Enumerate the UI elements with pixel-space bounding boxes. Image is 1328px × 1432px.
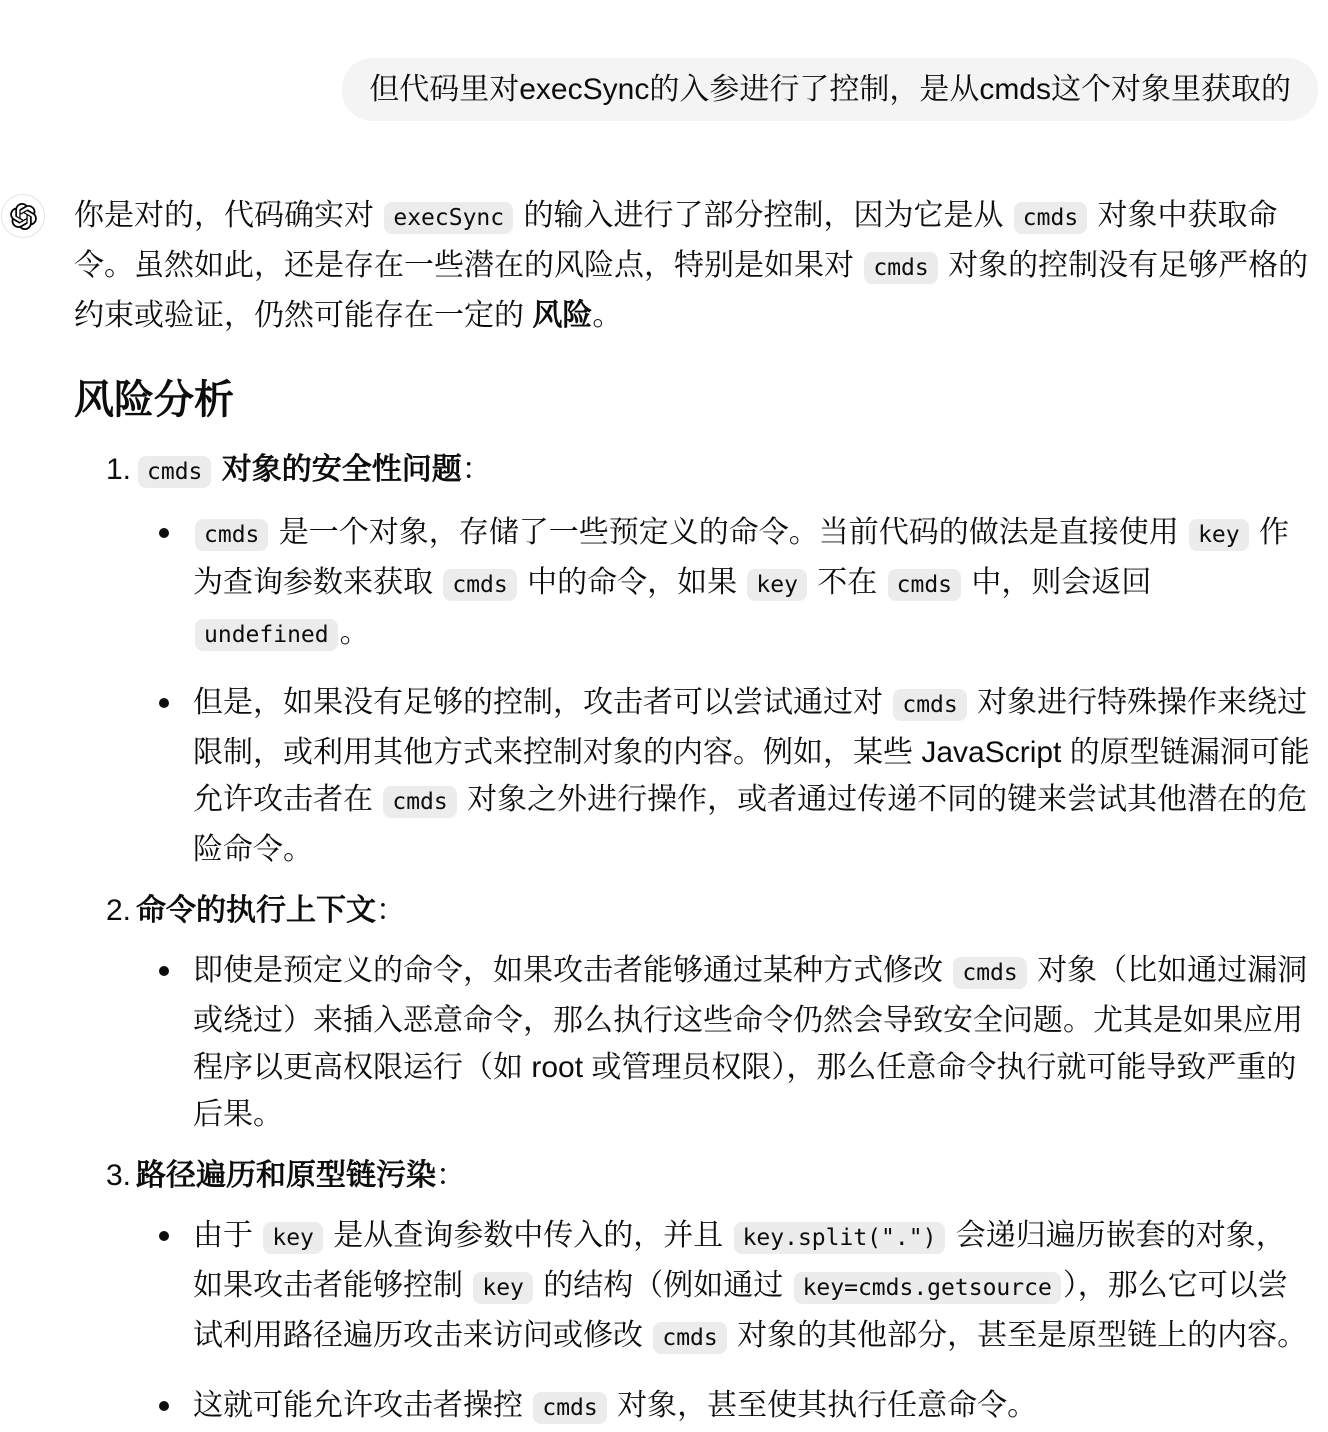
inline-code: cmds bbox=[195, 519, 268, 551]
inline-code: cmds bbox=[1014, 202, 1087, 234]
inline-code: cmds bbox=[533, 1392, 606, 1424]
inline-code: undefined bbox=[195, 619, 338, 651]
risk-bullet-list: 即使是预定义的命令，如果攻击者能够通过某种方式修改 cmds 对象（比如通过漏洞… bbox=[136, 947, 1315, 1138]
inline-code: cmds bbox=[653, 1322, 726, 1354]
text-run: 中的命令，如果 bbox=[519, 566, 746, 599]
text-run: 对象的其他部分，甚至是原型链上的内容。 bbox=[729, 1319, 1307, 1352]
inline-code: key bbox=[1189, 519, 1249, 551]
risk-bullet: 即使是预定义的命令，如果攻击者能够通过某种方式修改 cmds 对象（比如通过漏洞… bbox=[193, 947, 1315, 1138]
inline-code: key=cmds.getsource bbox=[794, 1272, 1061, 1304]
text-run: 。 bbox=[340, 616, 370, 649]
bold-text: 命令的执行上下文 bbox=[136, 894, 376, 927]
text-run: 的结构（例如通过 bbox=[535, 1269, 792, 1302]
text-run: ： bbox=[436, 1159, 466, 1192]
text-run: 但是，如果没有足够的控制，攻击者可以尝试通过对 bbox=[193, 686, 891, 719]
text-run: 这就可能允许攻击者操控 bbox=[193, 1389, 531, 1422]
text-run: 。 bbox=[592, 299, 622, 332]
text-run: 由于 bbox=[193, 1219, 261, 1252]
text-run: 不在 bbox=[809, 566, 886, 599]
text-run: 对象，甚至使其执行任意命令。 bbox=[609, 1389, 1037, 1422]
text-run: 是一个对象，存储了一些预定义的命令。当前代码的做法是直接使用 bbox=[270, 516, 1187, 549]
risk-item-title: 命令的执行上下文： bbox=[136, 887, 1315, 934]
risk-bullet: cmds 是一个对象，存储了一些预定义的命令。当前代码的做法是直接使用 key … bbox=[193, 509, 1315, 659]
list-item-number: 2. bbox=[106, 887, 136, 934]
list-item-number: 1. bbox=[106, 446, 136, 493]
risk-list: 1. cmds 对象的安全性问题： cmds 是一个对象，存储了一些预定义的命令… bbox=[74, 446, 1315, 1432]
assistant-message-row: 你是对的，代码确实对 execSync 的输入进行了部分控制，因为它是从 cmd… bbox=[0, 192, 1328, 1432]
user-message-row: 但代码里对execSync的入参进行了控制，是从cmds这个对象里获取的 bbox=[0, 58, 1328, 121]
risk-bullet: 这就可能允许攻击者操控 cmds 对象，甚至使其执行任意命令。 bbox=[193, 1382, 1315, 1432]
inline-code: cmds bbox=[138, 456, 211, 488]
risk-item-title: cmds 对象的安全性问题： bbox=[136, 446, 1315, 496]
bold-text: 路径遍历和原型链污染 bbox=[136, 1159, 436, 1192]
risk-bullet: 但是，如果没有足够的控制，攻击者可以尝试通过对 cmds 对象进行特殊操作来绕过… bbox=[193, 679, 1315, 873]
risk-list-item-3: 3. 路径遍历和原型链污染： 由于 key 是从查询参数中传入的，并且 key.… bbox=[136, 1152, 1315, 1432]
text-run: 即使是预定义的命令，如果攻击者能够通过某种方式修改 bbox=[193, 954, 951, 987]
bold-text: 风险 bbox=[532, 299, 592, 332]
list-item-number: 3. bbox=[106, 1152, 136, 1199]
risk-bullet: 由于 key 是从查询参数中传入的，并且 key.split(".") 会递归遍… bbox=[193, 1212, 1315, 1362]
text-run: ： bbox=[376, 894, 406, 927]
risk-item-title: 路径遍历和原型链污染： bbox=[136, 1152, 1315, 1199]
user-message-bubble: 但代码里对execSync的入参进行了控制，是从cmds这个对象里获取的 bbox=[342, 58, 1318, 121]
inline-code: cmds bbox=[443, 569, 516, 601]
inline-code: execSync bbox=[384, 202, 513, 234]
assistant-intro-paragraph: 你是对的，代码确实对 execSync 的输入进行了部分控制，因为它是从 cmd… bbox=[74, 192, 1315, 339]
risk-bullet-list: 由于 key 是从查询参数中传入的，并且 key.split(".") 会递归遍… bbox=[136, 1212, 1315, 1432]
inline-code: key bbox=[263, 1222, 323, 1254]
text-run: 你是对的，代码确实对 bbox=[74, 199, 382, 232]
risk-list-item-2: 2. 命令的执行上下文： 即使是预定义的命令，如果攻击者能够通过某种方式修改 c… bbox=[136, 887, 1315, 1138]
assistant-avatar bbox=[1, 194, 45, 238]
section-heading: 风险分析 bbox=[74, 374, 1315, 426]
inline-code: cmds bbox=[893, 689, 966, 721]
chat-conversation-page: 但代码里对execSync的入参进行了控制，是从cmds这个对象里获取的 你是对… bbox=[0, 0, 1328, 1432]
text-run: 是从查询参数中传入的，并且 bbox=[325, 1219, 732, 1252]
inline-code: cmds bbox=[888, 569, 961, 601]
inline-code: key.split(".") bbox=[734, 1222, 946, 1254]
text-run bbox=[213, 453, 221, 486]
text-run: 中，则会返回 bbox=[963, 566, 1151, 599]
risk-list-item-1: 1. cmds 对象的安全性问题： cmds 是一个对象，存储了一些预定义的命令… bbox=[136, 446, 1315, 873]
inline-code: cmds bbox=[953, 957, 1026, 989]
inline-code: cmds bbox=[383, 786, 456, 818]
user-message-text: 但代码里对execSync的入参进行了控制，是从cmds这个对象里获取的 bbox=[369, 73, 1291, 106]
inline-code: key bbox=[473, 1272, 533, 1304]
bold-text: 对象的安全性问题 bbox=[222, 453, 462, 486]
text-run: ： bbox=[462, 453, 492, 486]
inline-code: key bbox=[747, 569, 807, 601]
text-run: 的输入进行了部分控制，因为它是从 bbox=[515, 199, 1012, 232]
risk-bullet-list: cmds 是一个对象，存储了一些预定义的命令。当前代码的做法是直接使用 key … bbox=[136, 509, 1315, 873]
openai-logo-icon bbox=[10, 203, 37, 230]
assistant-message-content: 你是对的，代码确实对 execSync 的输入进行了部分控制，因为它是从 cmd… bbox=[74, 192, 1315, 1432]
inline-code: cmds bbox=[864, 252, 937, 284]
